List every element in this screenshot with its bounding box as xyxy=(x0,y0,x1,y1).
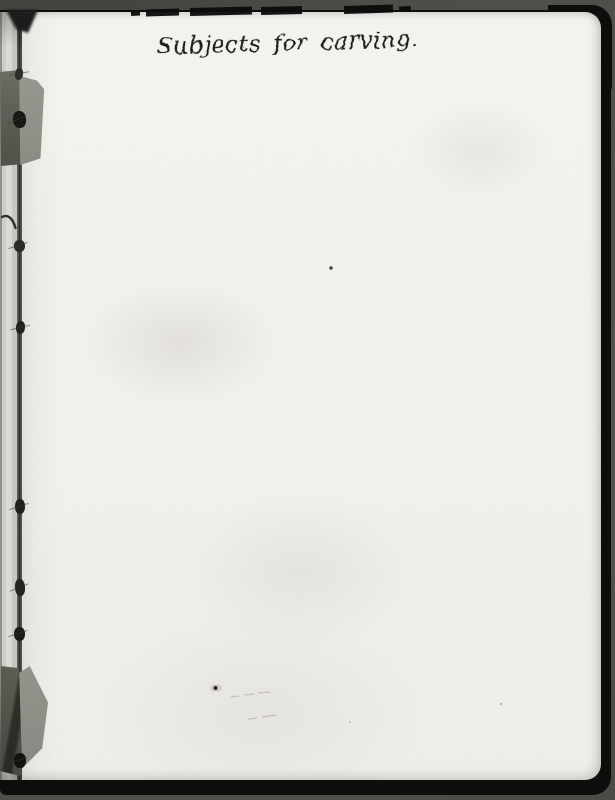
paper-grain xyxy=(0,12,601,780)
ink-marks-top-edge xyxy=(131,9,411,15)
ink-speck xyxy=(329,266,332,269)
scan-marks-overlay xyxy=(0,0,615,800)
handwritten-inscription-area: Subjects for carving. xyxy=(130,18,470,70)
pencil-speck xyxy=(349,721,351,723)
ink-speck xyxy=(214,686,218,690)
pencil-speck xyxy=(500,703,502,705)
handwritten-inscription: Subjects for carving. xyxy=(156,25,418,58)
